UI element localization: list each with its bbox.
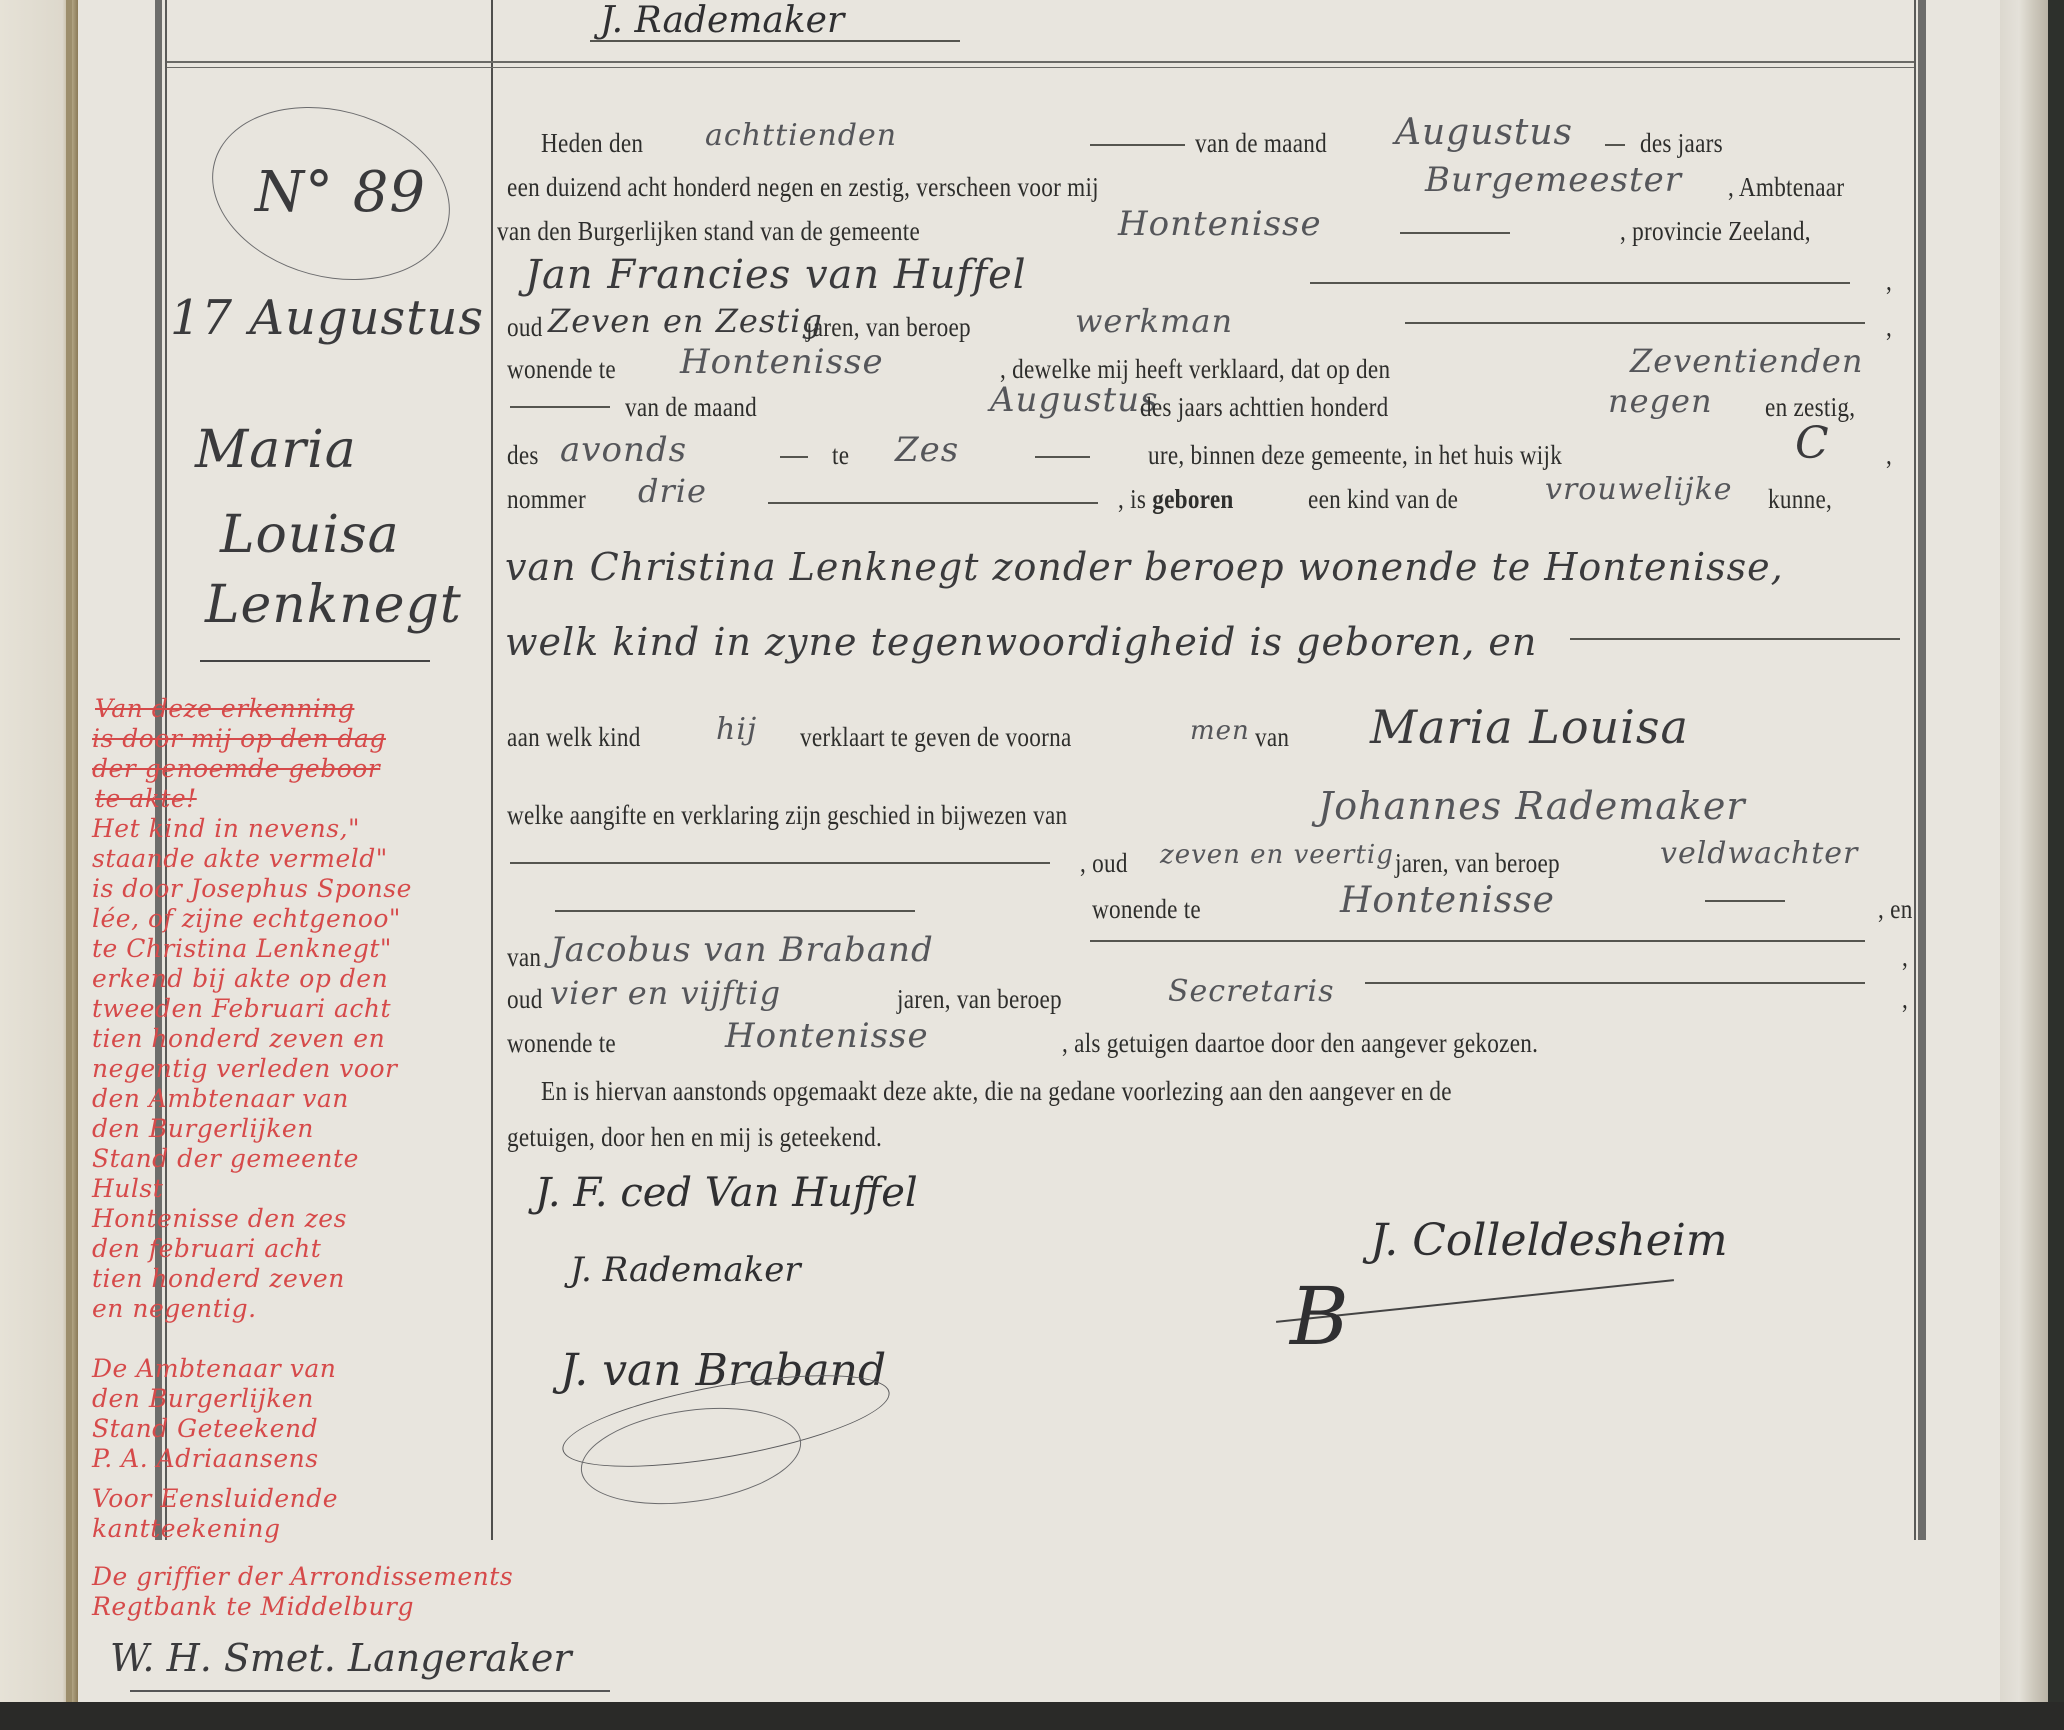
printed-text: , provincie Zeeland, [1620, 216, 1811, 247]
blank-line [1365, 982, 1865, 984]
annotation-signature: W. H. Smet. Langeraker [110, 1636, 572, 1680]
printed-text-bold: geboren [1152, 484, 1233, 514]
annotation-struck-line: Van deze erkenning [95, 694, 354, 723]
handwritten-witness1-occupation: veldwachter [1660, 836, 1858, 871]
printed-text: te [832, 440, 849, 471]
annotation-line: P. A. Adriaansens [92, 1444, 319, 1473]
blank-line [1090, 940, 1865, 942]
handwritten-sex: vrouwelijke [1545, 472, 1733, 507]
printed-text: , [1902, 942, 1908, 973]
annotation-struck-line: is door mij op den dag [92, 724, 386, 753]
annotation-line: lée, of zijne echtgenoo" [92, 904, 401, 933]
handwritten-house-number: drie [638, 472, 707, 510]
handwritten-occupation: werkman [1075, 302, 1233, 340]
printed-text: , als getuigen daartoe door den aangever… [1062, 1028, 1538, 1059]
handwritten-birth-month: Augustus [990, 380, 1159, 420]
printed-text: En is hiervan aanstonds opgemaakt deze a… [541, 1076, 1452, 1107]
annotation-line: De griffier der Arrondissements [92, 1562, 513, 1591]
column-divider [491, 0, 493, 1540]
printed-text: , [1902, 984, 1908, 1015]
printed-text: Heden den [541, 128, 643, 159]
blank-line [1400, 232, 1510, 234]
previous-entry-signature: J. Rademaker [600, 0, 844, 41]
binding-fold [66, 0, 72, 1702]
annotation-line: erkend bij akte op den [92, 964, 388, 993]
printed-text: oud [507, 984, 543, 1015]
printed-text: een duizend acht honderd negen en zestig… [507, 172, 1099, 203]
printed-text: van den Burgerlijken stand van de gemeen… [497, 216, 920, 247]
annotation-line: den Ambtenaar van [92, 1084, 349, 1113]
handwritten-ward: C [1795, 418, 1830, 469]
annotation-line: Stand der gemeente [92, 1144, 359, 1173]
handwritten-witness2-age: vier en vijftig [550, 974, 781, 1012]
blank-line [1310, 282, 1850, 284]
printed-text: verklaart te geven de voorna [800, 722, 1072, 753]
printed-text: oud [507, 312, 543, 343]
printed-text: nommer [507, 484, 586, 515]
printed-text: ure, binnen deze gemeente, in het huis w… [1148, 440, 1562, 471]
annotation-line: Hontenisse den zes [92, 1204, 347, 1233]
handwritten-given-names: Maria Louisa [1370, 700, 1689, 754]
annotation-line: tien honderd zeven [92, 1264, 345, 1293]
blank-line [768, 502, 1098, 504]
annotation-line: staande akte vermeld" [92, 844, 388, 873]
annotation-signature-flourish [130, 1690, 610, 1692]
annotation-struck-line: te akte! [95, 784, 197, 813]
handwritten-witness2-name: Jacobus van Braband [550, 930, 934, 970]
handwritten-official-title: Burgemeester [1425, 160, 1682, 200]
blank-line [1570, 638, 1900, 640]
annotation-line: tien honderd zeven en [92, 1024, 385, 1053]
handwritten-presence-line: welk kind in zyne tegenwoordigheid is ge… [505, 620, 1537, 664]
margin-date: 17 Augustus [170, 290, 484, 346]
annotation-line: Hulst [92, 1174, 163, 1203]
printed-text: van de maand [1195, 128, 1327, 159]
handwritten-time-of-day: avonds [560, 430, 687, 470]
printed-text: aan welk kind [507, 722, 641, 753]
handwritten-age: Zeven en Zestig [548, 302, 823, 340]
official-signature-initial: B [1290, 1270, 1349, 1363]
annotation-line: negentig verleden voor [92, 1054, 397, 1083]
handwritten-day: achttienden [705, 118, 897, 153]
printed-text: wonende te [1092, 894, 1201, 925]
handwritten-birth-day: Zeventienden [1630, 342, 1863, 380]
printed-text: jaren, van beroep [1395, 848, 1560, 879]
blank-line [1605, 144, 1625, 146]
annotation-line: tweeden Februari acht [92, 994, 391, 1023]
printed-text: , oud [1080, 848, 1128, 879]
entry-number: N° 89 [255, 160, 426, 225]
annotation-line: Het kind in nevens," [92, 814, 360, 843]
printed-text: een kind van de [1308, 484, 1458, 515]
printed-text: jaren, van beroep [897, 984, 1062, 1015]
annotation-line: en negentig. [92, 1294, 257, 1323]
blank-line [1035, 456, 1090, 458]
right-border-thick [1918, 0, 1926, 1540]
printed-text: , is [1118, 484, 1146, 514]
printed-text: , [1886, 440, 1892, 471]
printed-text: kunne, [1768, 484, 1832, 515]
handwritten-pronoun: hij [716, 712, 757, 747]
printed-text: des jaars [1640, 128, 1723, 159]
child-second-name: Louisa [220, 505, 400, 565]
blank-line [1090, 144, 1185, 146]
signature-declarant: J. F. ced Van Huffel [535, 1170, 918, 1216]
annotation-line: den februari acht [92, 1234, 321, 1263]
annotation-line: Voor Eensluidende [92, 1484, 338, 1513]
background-strip-right [2048, 0, 2064, 1730]
handwritten-suffix: men [1190, 716, 1250, 746]
child-surname: Lenknegt [205, 575, 462, 635]
printed-text: wonende te [507, 1028, 616, 1059]
blank-line [1405, 322, 1865, 324]
printed-text: van [1255, 722, 1289, 753]
annotation-line: kantteekening [92, 1514, 280, 1543]
blank-line [510, 862, 1050, 864]
handwritten-declarant-name: Jan Francies van Huffel [525, 252, 1027, 298]
printed-text: getuigen, door hen en mij is geteekend. [507, 1122, 882, 1153]
right-border-thin [1914, 0, 1916, 1540]
handwritten-witness2-occupation: Secretaris [1168, 974, 1334, 1009]
background-strip-bottom [0, 1702, 2064, 1730]
annotation-line: is door Josephus Sponse [92, 874, 412, 903]
handwritten-witness1-residence: Hontenisse [1340, 880, 1555, 921]
printed-text: , Ambtenaar [1728, 172, 1844, 203]
printed-text: , [1886, 312, 1892, 343]
child-first-name: Maria [195, 420, 357, 480]
printed-text: van [507, 942, 541, 973]
printed-text: welke aangifte en verklaring zijn geschi… [507, 800, 1067, 831]
handwritten-month: Augustus [1395, 112, 1573, 153]
annotation-line: De Ambtenaar van [92, 1354, 336, 1383]
annotation-line: te Christina Lenknegt" [92, 934, 392, 963]
annotation-line: Stand Geteekend [92, 1414, 318, 1443]
entry-separator-top [167, 61, 1914, 63]
printed-text: , en [1878, 894, 1913, 925]
blank-line [780, 456, 808, 458]
annotation-line: den Burgerlijken [92, 1384, 314, 1413]
handwritten-mother-line: van Christina Lenknegt zonder beroep won… [505, 545, 1784, 589]
printed-text: van de maand [625, 392, 757, 423]
blank-line [555, 910, 915, 912]
annotation-line: Regtbank te Middelburg [92, 1592, 414, 1621]
printed-text: jaren, van beroep [806, 312, 971, 343]
signature-official: J. Colleldesheim [1370, 1215, 1728, 1266]
printed-text: des [507, 440, 539, 471]
margin-name-underline [200, 660, 430, 662]
handwritten-witness1-age: zeven en veertig [1160, 840, 1394, 870]
signature-witness-1: J. Rademaker [570, 1250, 801, 1290]
annotation-struck-line: der genoemde geboor [92, 754, 380, 783]
blank-line [1705, 900, 1785, 902]
blank-line [510, 406, 610, 408]
printed-text: , [1886, 266, 1892, 297]
handwritten-birth-year: negen [1608, 382, 1713, 420]
entry-separator-bottom [167, 67, 1914, 68]
handwritten-hour: Zes [895, 430, 959, 470]
printed-text: des jaars achttien honderd [1140, 392, 1388, 423]
handwritten-residence: Hontenisse [680, 342, 884, 382]
handwritten-witness2-residence: Hontenisse [725, 1016, 929, 1056]
page-stack-edge [2000, 0, 2048, 1702]
annotation-line: den Burgerlijken [92, 1114, 314, 1143]
handwritten-witness1-name: Johannes Rademaker [1318, 784, 1746, 828]
previous-signature-underline [590, 40, 960, 42]
printed-text: wonende te [507, 354, 616, 385]
handwritten-municipality: Hontenisse [1118, 204, 1322, 244]
